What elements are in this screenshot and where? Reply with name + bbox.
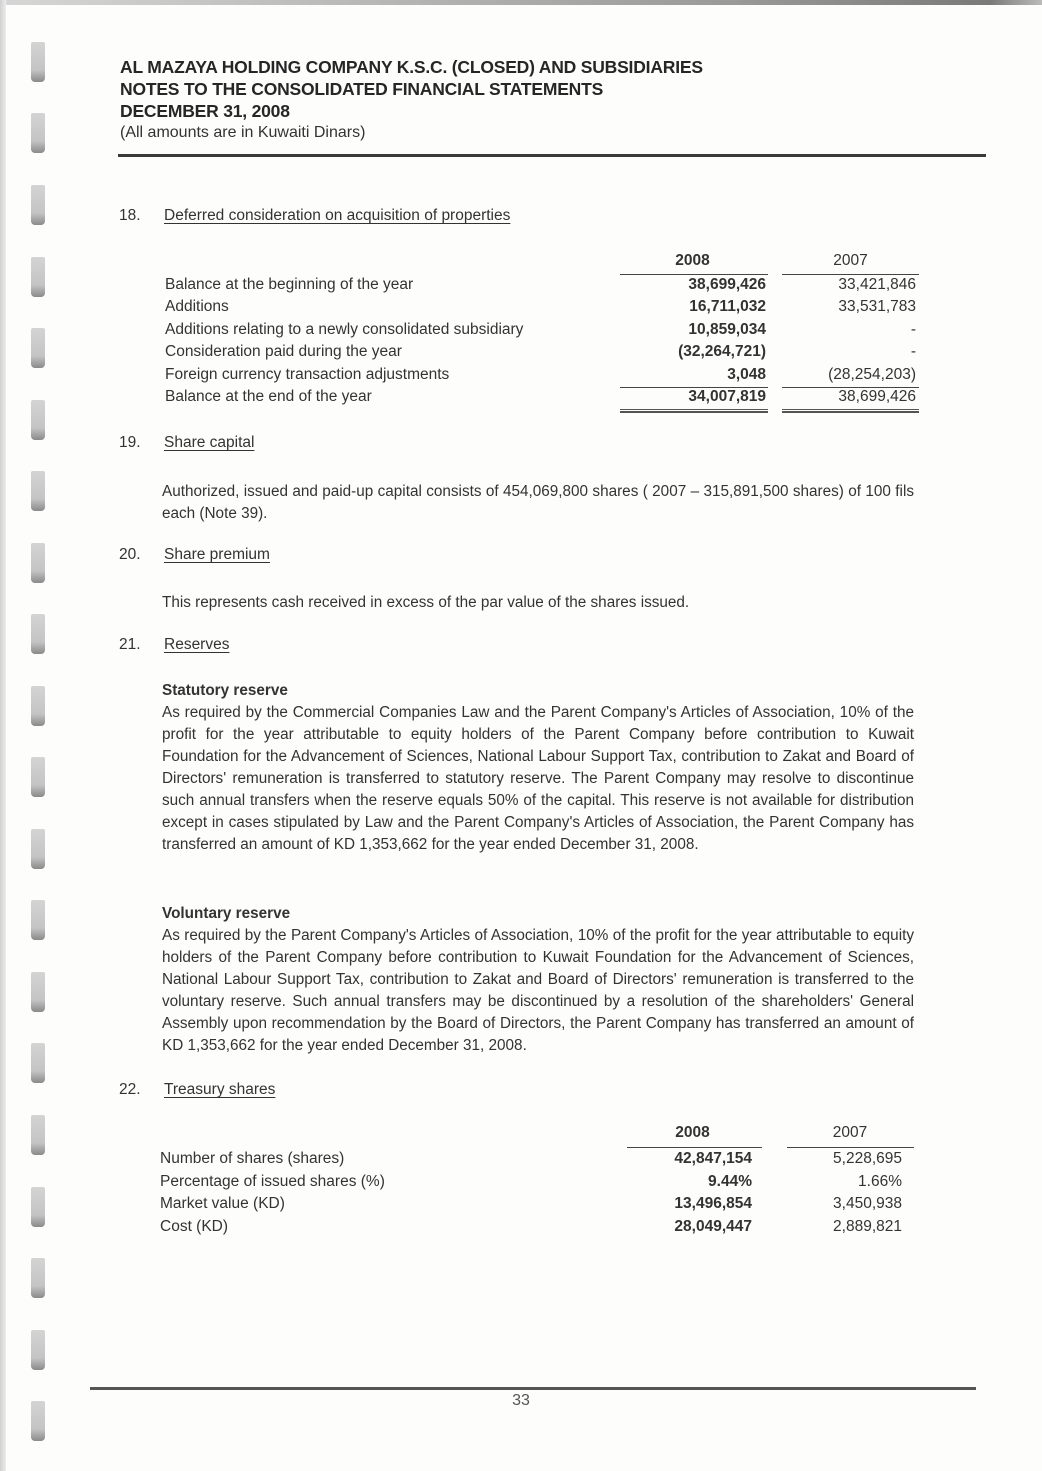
row-label: Cost (KD) bbox=[160, 1216, 228, 1238]
value-2008: (32,264,721) bbox=[620, 341, 766, 363]
value-2008: 3,048 bbox=[620, 364, 766, 386]
note-number: 18. bbox=[119, 207, 141, 225]
binder-hole-icon bbox=[31, 829, 45, 869]
value-2007: 1.66% bbox=[785, 1171, 902, 1193]
header-divider bbox=[118, 154, 986, 157]
binder-hole-icon bbox=[31, 471, 45, 511]
table-row: Additions relating to a newly consolidat… bbox=[165, 319, 925, 341]
table-row: Cost (KD)28,049,4472,889,821 bbox=[160, 1216, 920, 1238]
page-header: AL MAZAYA HOLDING COMPANY K.S.C. (CLOSED… bbox=[120, 56, 703, 144]
note-title: Reserves bbox=[164, 636, 229, 654]
statutory-reserve-section: Statutory reserve As required by the Com… bbox=[162, 680, 914, 856]
scan-left-edge bbox=[0, 0, 6, 1471]
company-name: AL MAZAYA HOLDING COMPANY K.S.C. (CLOSED… bbox=[120, 56, 703, 78]
deferred-consideration-table: 2008 2007 Balance at the beginning of th… bbox=[165, 252, 925, 412]
total-double-rule bbox=[620, 409, 768, 413]
value-2007: - bbox=[782, 341, 916, 363]
row-label: Balance at the end of the year bbox=[165, 386, 372, 408]
binder-hole-icon bbox=[31, 185, 45, 225]
voluntary-reserve-text: As required by the Parent Company's Arti… bbox=[162, 927, 914, 1054]
value-2007: - bbox=[782, 319, 916, 341]
voluntary-reserve-heading: Voluntary reserve bbox=[162, 903, 914, 925]
binder-hole-icon bbox=[31, 328, 45, 368]
share-premium-text: This represents cash received in excess … bbox=[162, 592, 914, 614]
binder-hole-icon bbox=[31, 900, 45, 940]
page-number: 33 bbox=[0, 1392, 1042, 1410]
statutory-reserve-text: As required by the Commercial Companies … bbox=[162, 704, 914, 853]
binder-hole-icon bbox=[31, 614, 45, 654]
note-number: 19. bbox=[119, 434, 141, 452]
column-header-2008: 2008 bbox=[625, 1124, 760, 1142]
footer-divider bbox=[90, 1387, 976, 1390]
binder-hole-icon bbox=[31, 1115, 45, 1155]
note-title: Treasury shares bbox=[164, 1081, 275, 1099]
value-2007: 33,531,783 bbox=[782, 296, 916, 318]
row-label: Consideration paid during the year bbox=[165, 341, 402, 363]
value-2007: 33,421,846 bbox=[782, 274, 916, 296]
value-2008: 38,699,426 bbox=[620, 274, 766, 296]
value-2008: 9.44% bbox=[625, 1171, 752, 1193]
subtotal-rule bbox=[620, 387, 768, 388]
table-row: Market value (KD)13,496,8543,450,938 bbox=[160, 1193, 920, 1215]
binder-hole-icon bbox=[31, 1187, 45, 1227]
binder-hole-icon bbox=[31, 1258, 45, 1298]
share-capital-text: Authorized, issued and paid-up capital c… bbox=[162, 481, 914, 525]
subtotal-rule bbox=[782, 387, 919, 388]
document-title: NOTES TO THE CONSOLIDATED FINANCIAL STAT… bbox=[120, 78, 703, 100]
row-label: Balance at the beginning of the year bbox=[165, 274, 413, 296]
row-label: Additions bbox=[165, 296, 229, 318]
column-header-2007: 2007 bbox=[783, 252, 918, 270]
column-header-2007: 2007 bbox=[785, 1124, 915, 1142]
statutory-reserve-heading: Statutory reserve bbox=[162, 680, 914, 702]
value-2008: 16,711,032 bbox=[620, 296, 766, 318]
value-2007: 2,889,821 bbox=[785, 1216, 902, 1238]
row-label: Additions relating to a newly consolidat… bbox=[165, 319, 523, 341]
table-row: Percentage of issued shares (%)9.44%1.66… bbox=[160, 1171, 920, 1193]
binder-hole-icon bbox=[31, 1043, 45, 1083]
table-row: Number of shares (shares)42,847,1545,228… bbox=[160, 1148, 920, 1170]
total-double-rule bbox=[782, 409, 919, 413]
row-label: Foreign currency transaction adjustments bbox=[165, 364, 449, 386]
value-2007: (28,254,203) bbox=[782, 364, 916, 386]
note-title: Share premium bbox=[164, 546, 270, 564]
note-number: 20. bbox=[119, 546, 141, 564]
currency-note: (All amounts are in Kuwaiti Dinars) bbox=[120, 122, 703, 144]
note-title: Share capital bbox=[164, 434, 254, 452]
value-2008: 34,007,819 bbox=[620, 386, 766, 408]
value-2008: 13,496,854 bbox=[625, 1193, 752, 1215]
row-label: Percentage of issued shares (%) bbox=[160, 1171, 385, 1193]
binder-hole-icon bbox=[31, 400, 45, 440]
value-2008: 28,049,447 bbox=[625, 1216, 752, 1238]
table-row: Balance at the beginning of the year38,6… bbox=[165, 274, 925, 296]
value-2008: 42,847,154 bbox=[625, 1148, 752, 1170]
value-2007: 5,228,695 bbox=[785, 1148, 902, 1170]
binder-hole-icon bbox=[31, 543, 45, 583]
table-row: Consideration paid during the year(32,26… bbox=[165, 341, 925, 363]
treasury-shares-table: 2008 2007 Number of shares (shares)42,84… bbox=[160, 1124, 920, 1244]
row-label: Market value (KD) bbox=[160, 1193, 285, 1215]
value-2007: 38,699,426 bbox=[782, 386, 916, 408]
binder-hole-icon bbox=[31, 1330, 45, 1370]
binder-hole-icon bbox=[31, 113, 45, 153]
note-number: 22. bbox=[119, 1081, 141, 1099]
value-2008: 10,859,034 bbox=[620, 319, 766, 341]
table-row: Balance at the end of the year34,007,819… bbox=[165, 386, 925, 408]
row-label: Number of shares (shares) bbox=[160, 1148, 344, 1170]
binder-hole-icon bbox=[31, 686, 45, 726]
binder-hole-icon bbox=[31, 757, 45, 797]
note-title: Deferred consideration on acquisition of… bbox=[164, 207, 510, 225]
binder-hole-icon bbox=[31, 42, 45, 82]
note-number: 21. bbox=[119, 636, 141, 654]
statement-date: DECEMBER 31, 2008 bbox=[120, 100, 703, 122]
column-header-2008: 2008 bbox=[620, 252, 765, 270]
table-row: Additions16,711,03233,531,783 bbox=[165, 296, 925, 318]
value-2007: 3,450,938 bbox=[785, 1193, 902, 1215]
voluntary-reserve-section: Voluntary reserve As required by the Par… bbox=[162, 903, 914, 1057]
binder-hole-icon bbox=[31, 257, 45, 297]
binder-hole-icon bbox=[31, 972, 45, 1012]
table-row: Foreign currency transaction adjustments… bbox=[165, 364, 925, 386]
scan-top-edge bbox=[0, 0, 1042, 5]
